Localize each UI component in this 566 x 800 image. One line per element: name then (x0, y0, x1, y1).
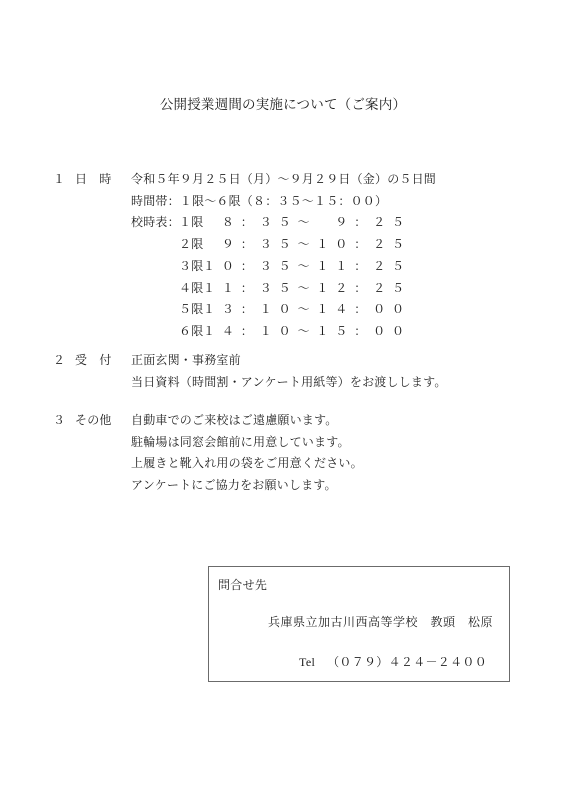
section-other-heading-row: ３ その他 自動車でのご来校はご遠慮願います。 (53, 410, 363, 432)
section-number: ２ (53, 350, 75, 372)
tel-number: （０７９）４２４－２４００ (327, 652, 487, 672)
period-label: ３限 (179, 256, 203, 278)
reception-materials-line: 当日資料（時間割・アンケート用紙等）をお渡しします。 (131, 372, 447, 394)
schedule-row: ３限 １０：３５～１１：２５ (131, 256, 436, 278)
schedule-row: ５限 １３：１０～１４：００ (131, 299, 436, 321)
period-label: ６限 (179, 321, 203, 343)
section-label: 日 時 (75, 169, 131, 191)
schedule-heading-spacer (131, 234, 179, 256)
schedule-heading-spacer (131, 256, 179, 278)
contact-organization: 兵庫県立加古川西高等学校 教頭 松原 (209, 612, 509, 632)
other-note-survey: アンケートにご協力をお願いします。 (131, 475, 363, 497)
tel-label: Tel (299, 652, 315, 672)
schedule-heading-spacer (131, 321, 179, 343)
schedule-row: 校時表： １限 ８：３５～ ９：２５ (131, 212, 436, 234)
reception-location: 正面玄関・事務室前 (131, 350, 241, 372)
section-label: その他 (75, 410, 131, 432)
other-note-bicycle: 駐輪場は同窓会館前に用意しています。 (131, 432, 363, 454)
other-note-car: 自動車でのご来校はご遠慮願います。 (131, 410, 337, 432)
section-other: ３ その他 自動車でのご来校はご遠慮願います。 駐輪場は同窓会館前に用意していま… (53, 410, 363, 497)
period-label: ４限 (179, 278, 203, 300)
period-label: ５限 (179, 299, 203, 321)
period-time: １１：３５～１２：２５ (203, 278, 411, 300)
schedule-row: ２限 ９：３５～１０：２５ (131, 234, 436, 256)
schedule-row: ６限 １４：１０～１５：００ (131, 321, 436, 343)
schedule-heading-spacer (131, 278, 179, 300)
section-datetime: １ 日 時 令和５年９月２５日（月）～９月２９日（金）の５日間 時間帯：１限～６… (53, 169, 436, 343)
section-number: １ (53, 169, 75, 191)
contact-box: 問合せ先 兵庫県立加古川西高等学校 教頭 松原 Tel （０７９）４２４－２４０… (208, 566, 510, 682)
period-time: １４：１０～１５：００ (203, 321, 411, 343)
period-label: １限 (179, 212, 203, 234)
section-reception: ２ 受 付 正面玄関・事務室前 当日資料（時間割・アンケート用紙等）をお渡ししま… (53, 350, 447, 393)
period-time: １０：３５～１１：２５ (203, 256, 411, 278)
document-page: 公開授業週間の実施について（ご案内） １ 日 時 令和５年９月２５日（月）～９月… (0, 0, 566, 800)
period-time: ９：３５～１０：２５ (203, 234, 411, 256)
page-title: 公開授業週間の実施について（ご案内） (0, 93, 566, 113)
period-time: １３：１０～１４：００ (203, 299, 411, 321)
schedule-heading: 校時表： (131, 212, 179, 234)
contact-header: 問合せ先 (209, 567, 509, 595)
schedule-heading-spacer (131, 299, 179, 321)
section-reception-heading-row: ２ 受 付 正面玄関・事務室前 (53, 350, 447, 372)
section-label: 受 付 (75, 350, 131, 372)
event-date-range: 令和５年９月２５日（月）～９月２９日（金）の５日間 (131, 169, 436, 191)
time-band-line: 時間帯：１限～６限（８：３５～１５：００） (131, 191, 436, 213)
contact-tel-row: Tel （０７９）４２４－２４００ (209, 652, 509, 672)
section-number: ３ (53, 410, 75, 432)
other-note-slippers: 上履きと靴入れ用の袋をご用意ください。 (131, 453, 363, 475)
period-label: ２限 (179, 234, 203, 256)
section-datetime-heading-row: １ 日 時 令和５年９月２５日（月）～９月２９日（金）の５日間 (53, 169, 436, 191)
period-time: ８：３５～ ９：２５ (203, 212, 411, 234)
schedule-row: ４限 １１：３５～１２：２５ (131, 278, 436, 300)
